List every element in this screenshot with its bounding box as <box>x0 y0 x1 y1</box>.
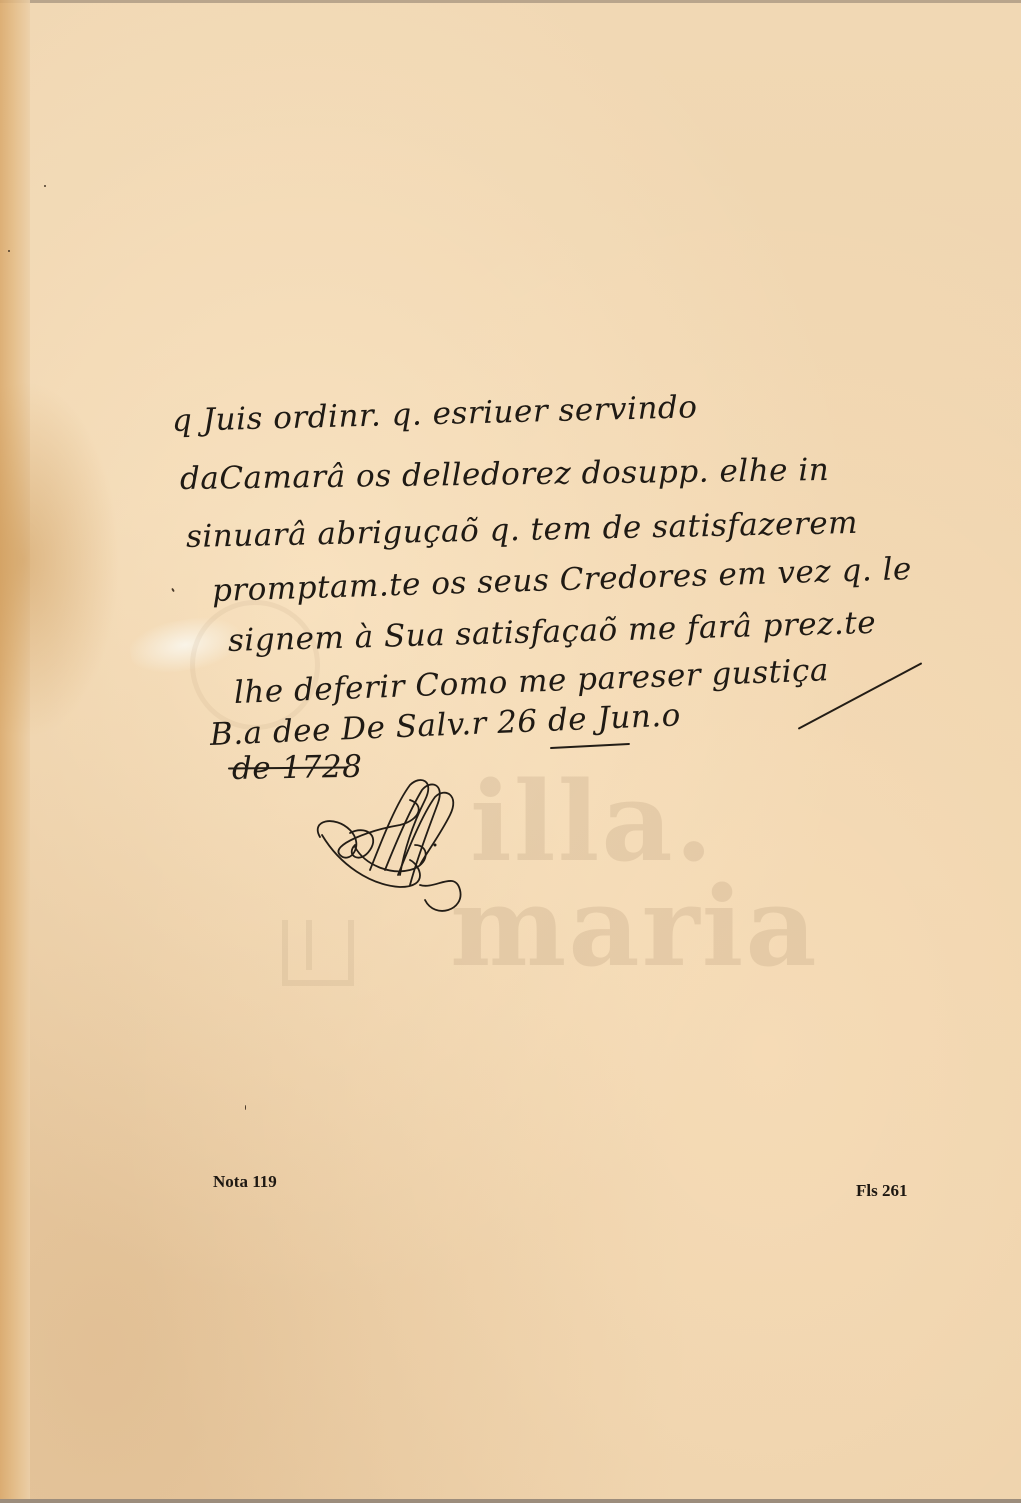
ink-mark <box>171 588 175 592</box>
page-top-edge <box>0 0 1021 3</box>
folio-number-label: Fls 261 <box>856 1181 907 1201</box>
paper-speck <box>44 185 46 187</box>
manuscript-line: q Juis ordinr. q. esriuer servindo <box>172 389 698 439</box>
watermark-line-2: maria <box>450 875 819 980</box>
page-bottom-edge <box>0 1499 1021 1503</box>
watermark-logo-icon <box>282 920 354 986</box>
manuscript-page: illa. maria q Juis ordinr. q. esriuer se… <box>0 0 1021 1503</box>
manuscript-line: sinuarâ abriguçaõ q. tem de satisfazerem <box>186 505 859 555</box>
damaged-binding-edge <box>0 0 30 1503</box>
paper-speck <box>245 1105 246 1110</box>
manuscript-line: signem à Sua satisfaçaõ me farâ prez.te <box>227 605 876 659</box>
manuscript-line: lhe deferir Como me pareser gustiça <box>233 652 829 711</box>
water-stain <box>0 380 120 740</box>
manuscript-line: promptam.te os seus Credores em vez q. l… <box>211 551 912 609</box>
watermark: illa. maria <box>450 770 819 979</box>
watermark-ring <box>190 600 320 730</box>
manuscript-line: daCamarâ os delledorez dosupp. elhe in <box>180 452 830 497</box>
signature-flourish-icon <box>310 775 480 925</box>
note-number-label: Nota 119 <box>213 1172 277 1192</box>
paper-speck <box>8 250 10 252</box>
watermark-line-1: illa. <box>470 770 819 875</box>
day-underline <box>550 743 630 749</box>
